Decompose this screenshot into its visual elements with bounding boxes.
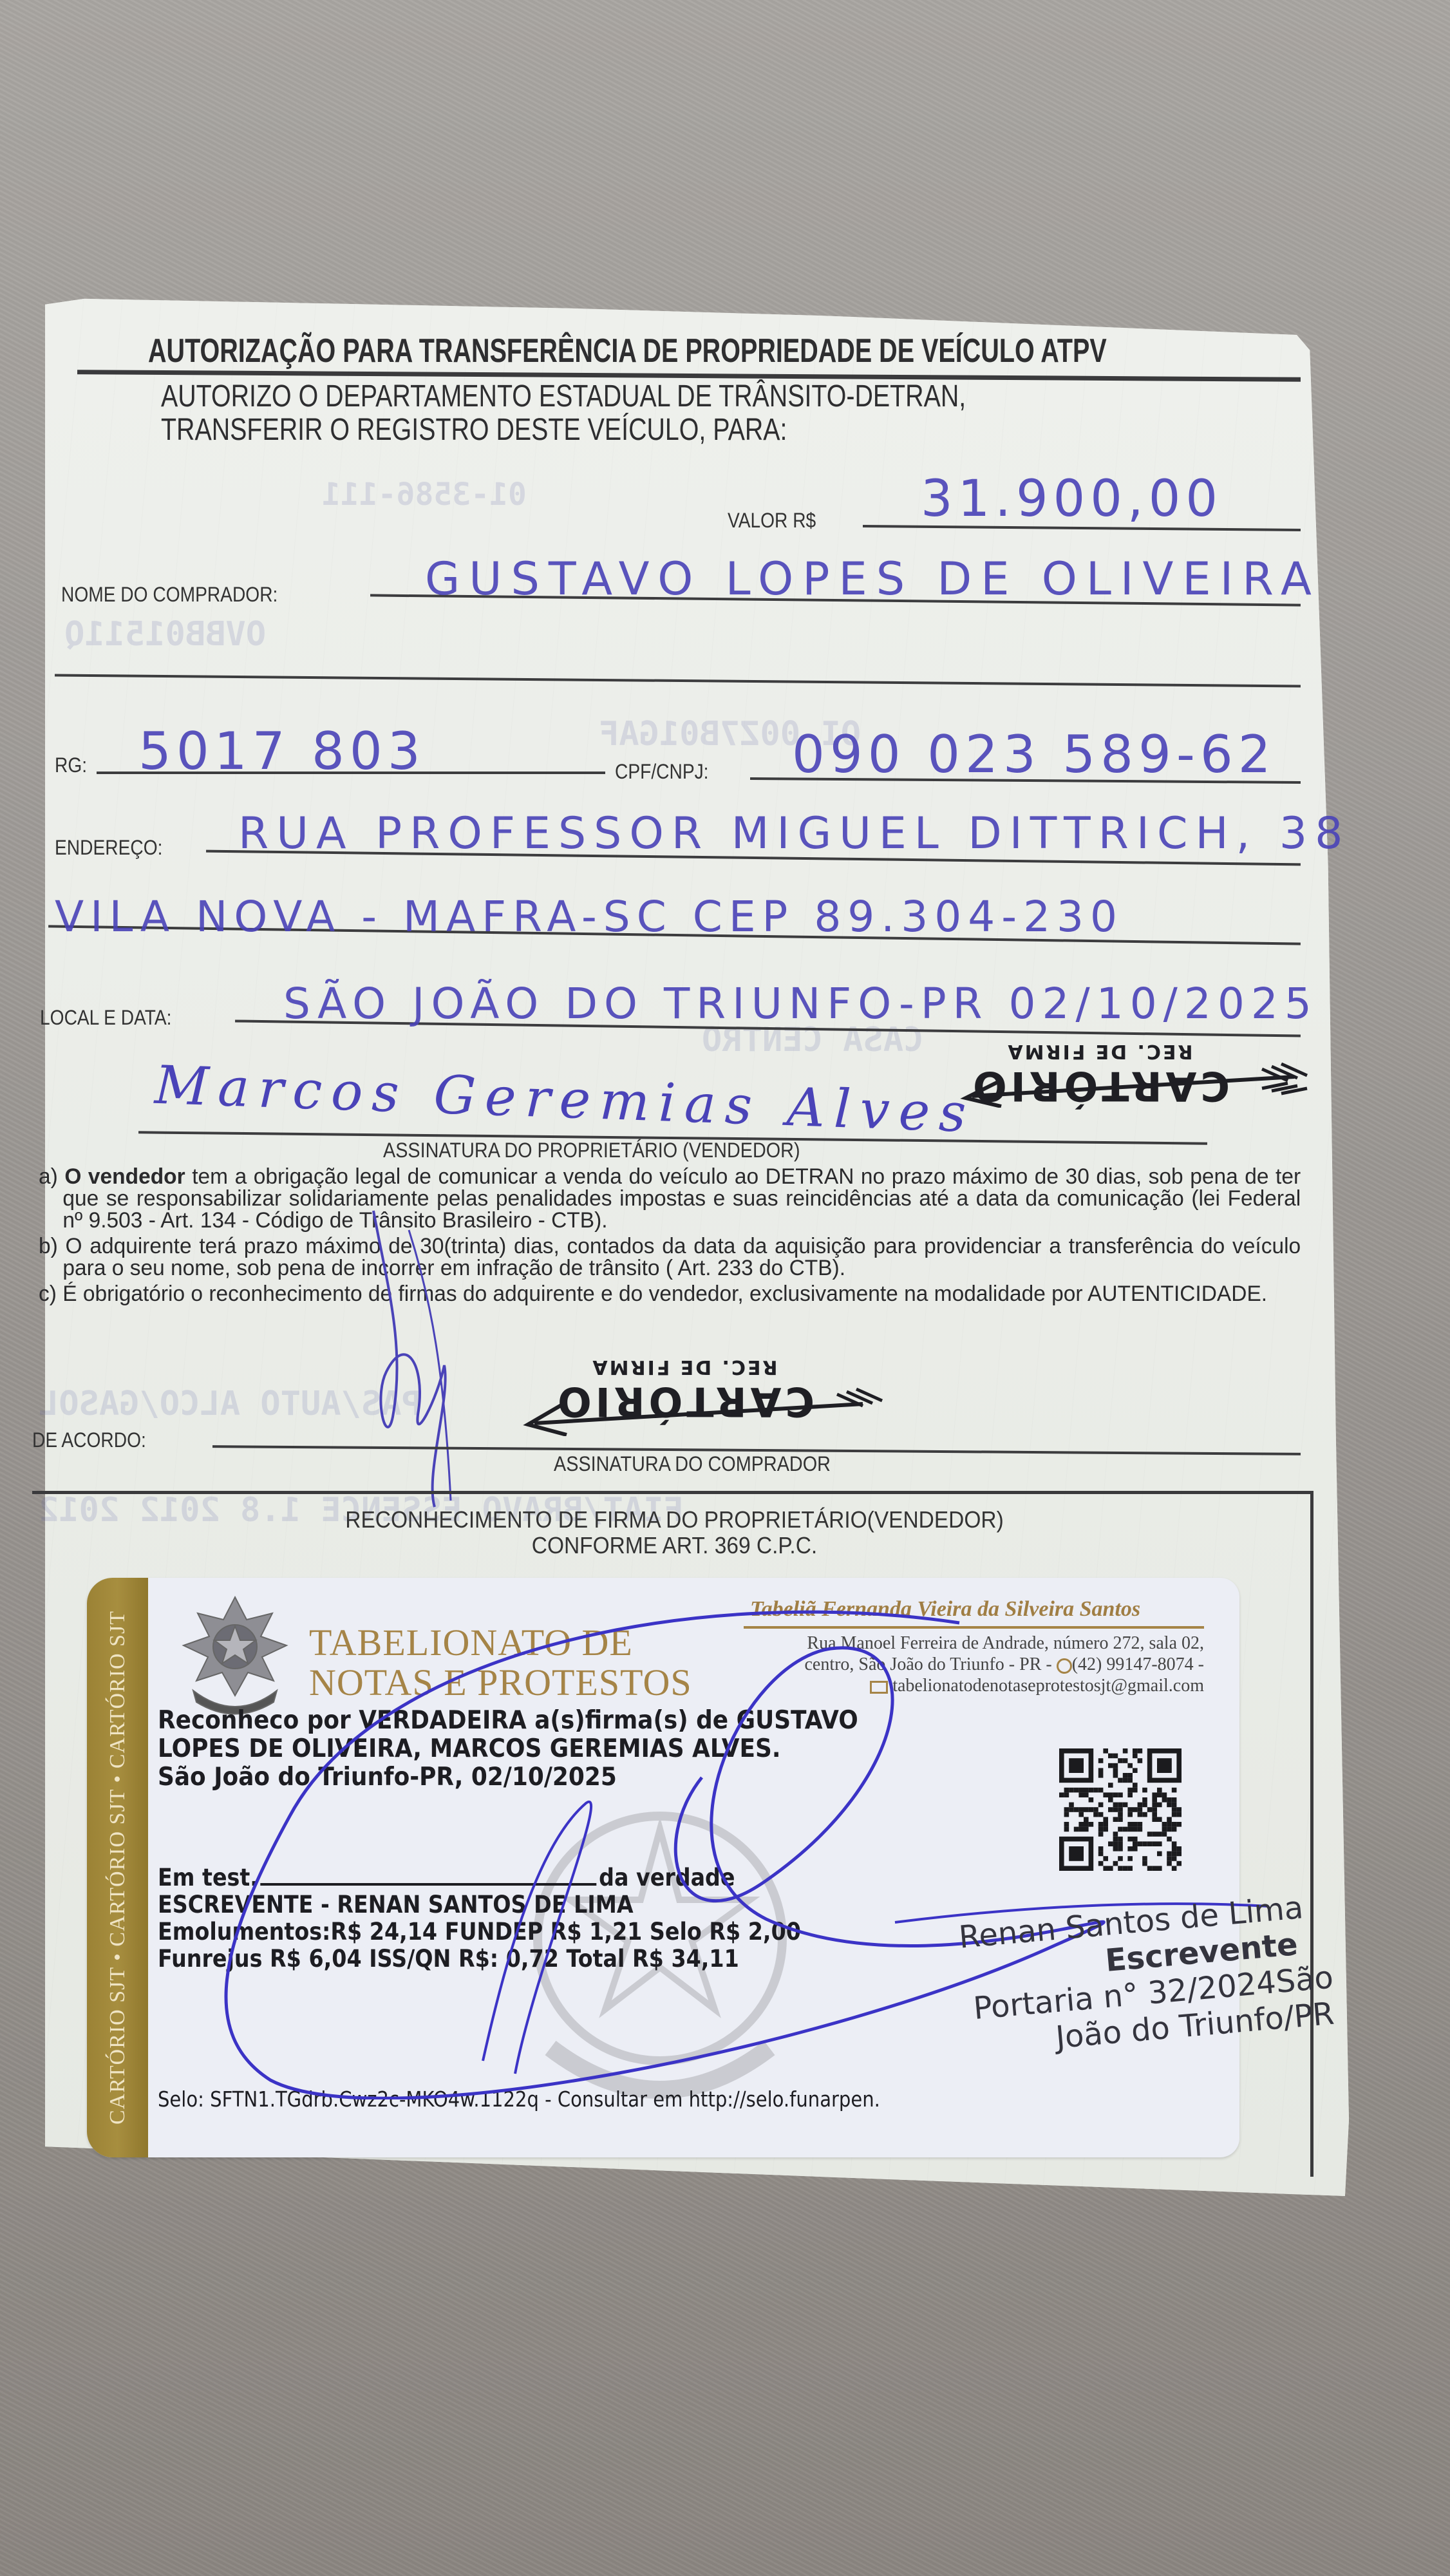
valor-label: VALOR R$ (728, 509, 816, 533)
clause-c: c) É obrigatório o reconhecimento de fir… (39, 1283, 1301, 1305)
seller-signature-caption: ASSINATURA DO PROPRIETÁRIO (VENDEDOR) (383, 1139, 800, 1162)
cpf-label: CPF/CNPJ: (615, 760, 709, 784)
address-field-line2[interactable]: VILA NOVA - MAFRA-SC CEP 89.304-230 (55, 892, 1124, 942)
place-date-label: LOCAL E DATA: (40, 1006, 171, 1030)
recognition-line-2: CONFORME ART. 369 C.P.C. (80, 1533, 1268, 1558)
recognition-heading: RECONHECIMENTO DE FIRMA DO PROPRIETÁRIO(… (80, 1507, 1268, 1558)
de-acordo-label: DE ACORDO: (32, 1428, 146, 1452)
rg-label: RG: (55, 753, 87, 777)
buyer-signature-caption: ASSINATURA DO COMPRADOR (554, 1452, 831, 1476)
stamp-arrow-icon (959, 1063, 1320, 1108)
buyer-signature-scribble[interactable] (348, 1204, 502, 1513)
rec-firma-stamp-text: REC. DE FIRMA (969, 1040, 1230, 1063)
bleed-through-text: 01-3586-111 (322, 477, 527, 513)
address-label: ENDEREÇO: (55, 836, 162, 860)
bleed-through-text: OVBB01511Q (64, 615, 266, 654)
clause-a: a) O vendedor tem a obrigação legal de c… (39, 1166, 1301, 1231)
form-title: AUTORIZAÇÃO PARA TRANSFERÊNCIA DE PROPRI… (148, 332, 1107, 370)
buyer-name-field[interactable]: GUSTAVO LOPES DE OLIVEIRA (425, 553, 1321, 605)
form-subtitle: AUTORIZO O DEPARTAMENTO ESTADUAL DE TRÂN… (161, 380, 966, 447)
valor-field[interactable]: 31.900,00 (921, 470, 1223, 528)
rec-firma-stamp-text: REC. DE FIRMA (554, 1356, 814, 1378)
buyer-name-label: NOME DO COMPRADOR: (61, 583, 278, 607)
subtitle-line-1: AUTORIZO O DEPARTAMENTO ESTADUAL DE TRÂN… (161, 380, 966, 413)
place-date-field[interactable]: SÃO JOÃO DO TRIUNFO-PR 02/10/2025 (283, 979, 1318, 1028)
cpf-field[interactable]: 090 023 589-62 (792, 724, 1276, 784)
address-field-line1[interactable]: RUA PROFESSOR MIGUEL DITTRICH, 38 (238, 808, 1350, 859)
stamp-arrow-icon (515, 1385, 901, 1436)
clause-b: b) O adquirente terá prazo máximo de 30(… (39, 1235, 1301, 1279)
recognition-line-1: RECONHECIMENTO DE FIRMA DO PROPRIETÁRIO(… (80, 1507, 1268, 1533)
subtitle-line-2: TRANSFERIR O REGISTRO DESTE VEÍCULO, PAR… (161, 413, 966, 447)
rg-field[interactable]: 5017 803 (138, 721, 426, 781)
legal-clauses: a) O vendedor tem a obrigação legal de c… (39, 1166, 1301, 1309)
